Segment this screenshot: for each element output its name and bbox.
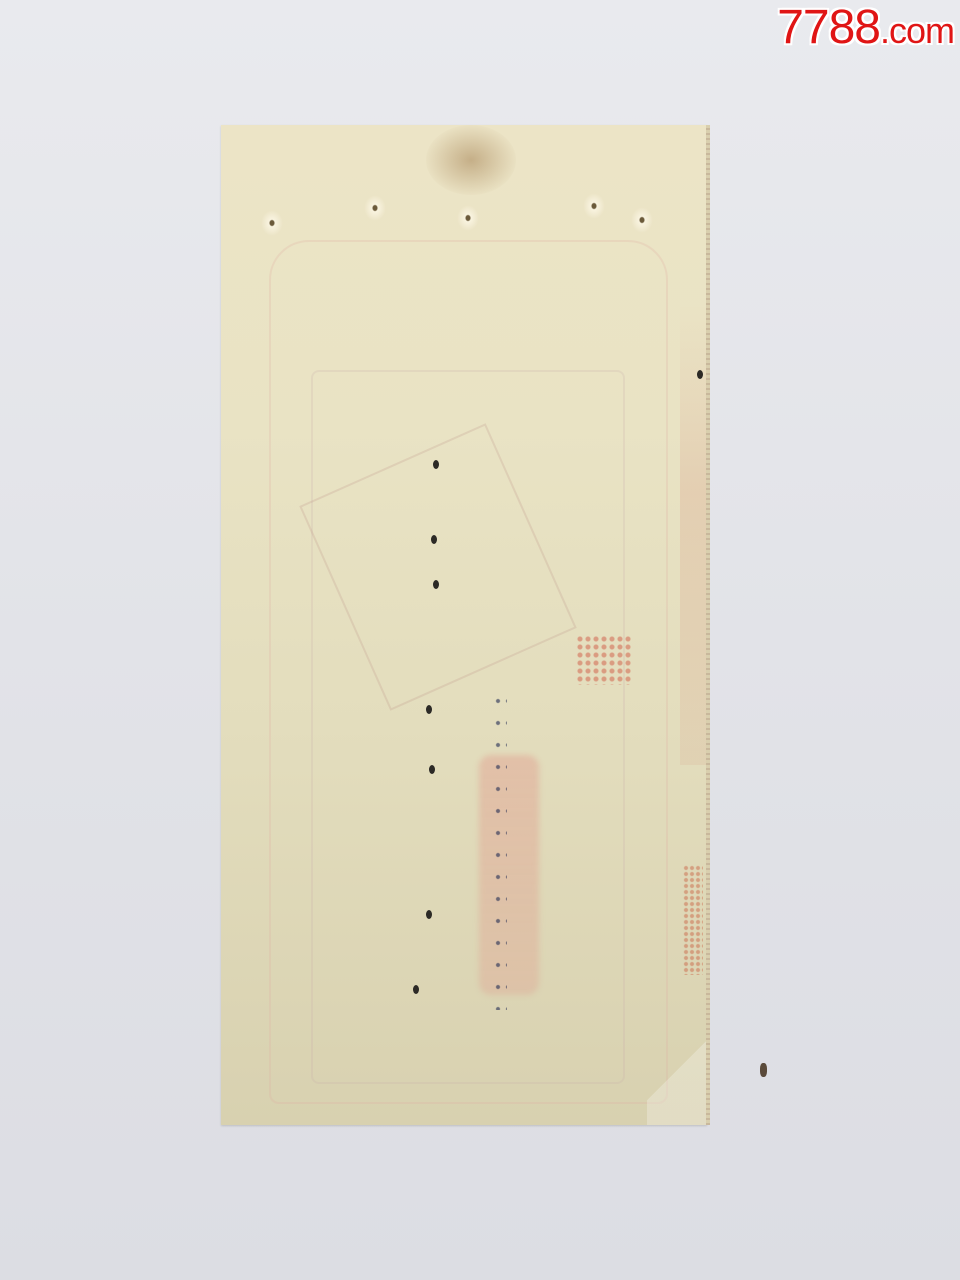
ink-dot	[433, 580, 439, 589]
site-watermark: 7788.com	[777, 4, 954, 55]
watermark-prefix: 77	[777, 1, 828, 54]
ink-dot	[426, 910, 432, 919]
pin-hole	[457, 205, 479, 231]
watermark-suffix: .com	[880, 10, 954, 51]
pin-hole	[583, 193, 605, 219]
folded-corner	[647, 1015, 707, 1125]
pin-hole	[364, 195, 386, 221]
dirt-speck	[760, 1063, 767, 1077]
pin-hole	[261, 210, 283, 236]
ink-dot	[429, 765, 435, 774]
red-show-through-characters	[479, 755, 539, 995]
red-seal-mark	[576, 635, 631, 685]
ink-dot	[433, 460, 439, 469]
pin-hole	[631, 207, 653, 233]
show-through-side-band	[680, 305, 708, 765]
ink-dot	[697, 370, 703, 379]
red-ink-marks	[683, 865, 703, 975]
ink-dot	[431, 535, 437, 544]
document-paper	[221, 125, 707, 1125]
ink-dot	[426, 705, 432, 714]
blue-ink-dots	[493, 690, 507, 1010]
watermark-numbers: 88	[829, 1, 880, 54]
burn-stain	[426, 125, 516, 195]
ink-dot	[413, 985, 419, 994]
